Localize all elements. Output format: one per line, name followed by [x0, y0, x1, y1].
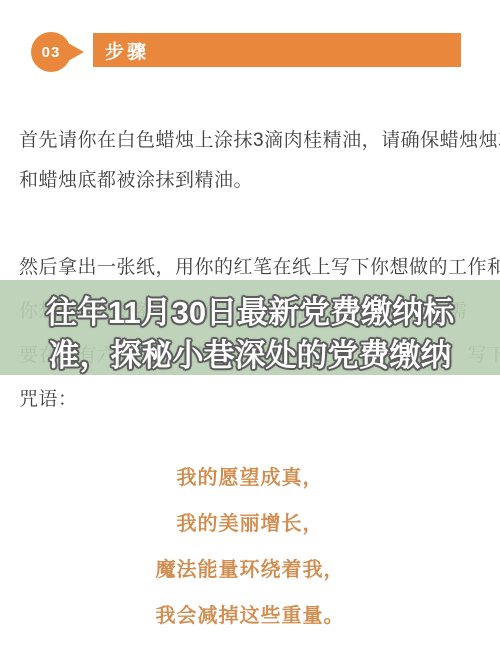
paragraph-line: 咒语： — [19, 378, 485, 422]
paragraph-line: 首先请你在白色蜡烛上涂抹3滴肉桂精油，请确保蜡烛烛芯 — [19, 121, 485, 161]
spell-line: 我会减掉这些重量。 — [0, 593, 500, 639]
watermark-title-line: 准，探秘小巷深处的党费缴纳 — [0, 334, 500, 377]
article-page: 03 步骤 首先请你在白色蜡烛上涂抹3滴肉桂精油，请确保蜡烛烛芯 和蜡烛底都被涂… — [0, 0, 500, 654]
watermark-title: 往年11月30日最新党费缴纳标 准，探秘小巷深处的党费缴纳 — [0, 291, 500, 377]
paragraph-line: 和蜡烛底都被涂抹到精油。 — [19, 161, 485, 201]
spell-line: 魔法能量环绕着我， — [0, 547, 500, 593]
step-section-bar: 步骤 — [93, 33, 461, 67]
badge-pointer-icon — [68, 43, 84, 61]
step-number-badge: 03 — [31, 32, 71, 72]
spell-line: 我的愿望成真， — [0, 455, 500, 501]
spell-line: 我的美丽增长， — [0, 501, 500, 547]
spell-section: 我的愿望成真， 我的美丽增长， 魔法能量环绕着我， 我会减掉这些重量。 — [0, 455, 500, 639]
step-section-title: 步骤 — [105, 37, 149, 64]
instructions-paragraph-1: 首先请你在白色蜡烛上涂抹3滴肉桂精油，请确保蜡烛烛芯 和蜡烛底都被涂抹到精油。 — [19, 121, 485, 201]
step-number: 03 — [42, 44, 61, 61]
watermark-title-line: 往年11月30日最新党费缴纳标 — [0, 291, 500, 334]
